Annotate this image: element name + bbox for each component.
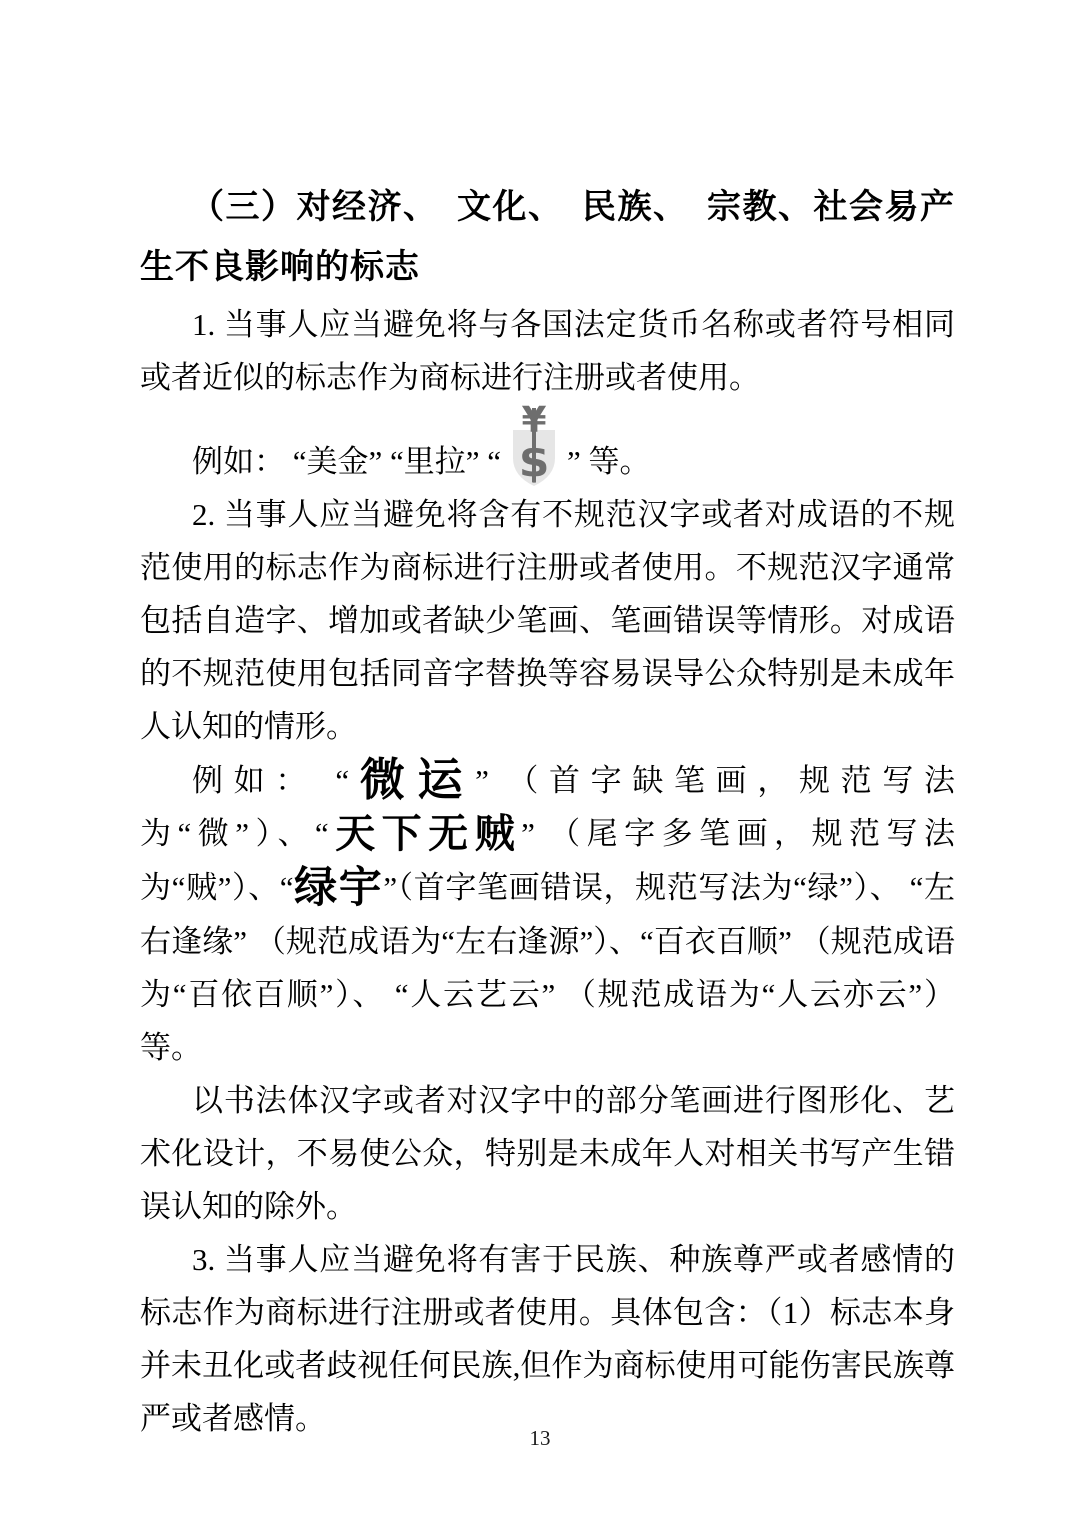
- weiyun-trademark-logo: 微运: [349, 753, 475, 806]
- paragraph-ethnic-dignity-rule: 3. 当事人应当避免将有害于民族、种族尊严或者感情的标志作为商标进行注册或者使用…: [140, 1233, 955, 1445]
- document-page: （三）对经济、 文化、 民族、 宗教、社会易产生不良影响的标志 1. 当事人应当…: [0, 0, 1080, 1535]
- lvyu-trademark-logo: 绿宇: [293, 863, 383, 913]
- section-heading: （三）对经济、 文化、 民族、 宗教、社会易产生不良影响的标志: [140, 178, 955, 298]
- example-currency-prefix: 例如： “美金” “里拉” “: [192, 444, 501, 479]
- example2-prefix: 例如： “: [192, 763, 349, 798]
- paragraph-currency-rule: 1. 当事人应当避免将与各国法定货币名称或者符号相同或者近似的标志作为商标进行注…: [140, 298, 955, 404]
- page-number: 13: [0, 1425, 1080, 1451]
- paragraph-calligraphy-exception: 以书法体汉字或者对汉字中的部分笔画进行图形化、艺术化设计，不易使公众，特别是未成…: [140, 1074, 955, 1233]
- example-currency-suffix: ” 等。: [567, 444, 651, 479]
- tianxiawuzei-trademark-logo: 天下无贼: [329, 811, 521, 857]
- example-currency-line: 例如： “美金” “里拉” “ ¥ $ ” 等。: [140, 404, 955, 488]
- document-content: （三）对经济、 文化、 民族、 宗教、社会易产生不良影响的标志 1. 当事人应当…: [0, 0, 1080, 1445]
- example-nonstandard-line: 例如： “微运” （首字缺笔画，规范写法为“微”）、“天下无贼” （尾字多笔画，…: [140, 753, 955, 1074]
- dollar-glyph: $: [519, 436, 550, 487]
- paragraph-nonstandard-characters-rule: 2. 当事人应当避免将含有不规范汉字或者对成语的不规范使用的标志作为商标进行注册…: [140, 488, 955, 753]
- yen-dollar-monogram-icon: ¥ $: [503, 404, 565, 488]
